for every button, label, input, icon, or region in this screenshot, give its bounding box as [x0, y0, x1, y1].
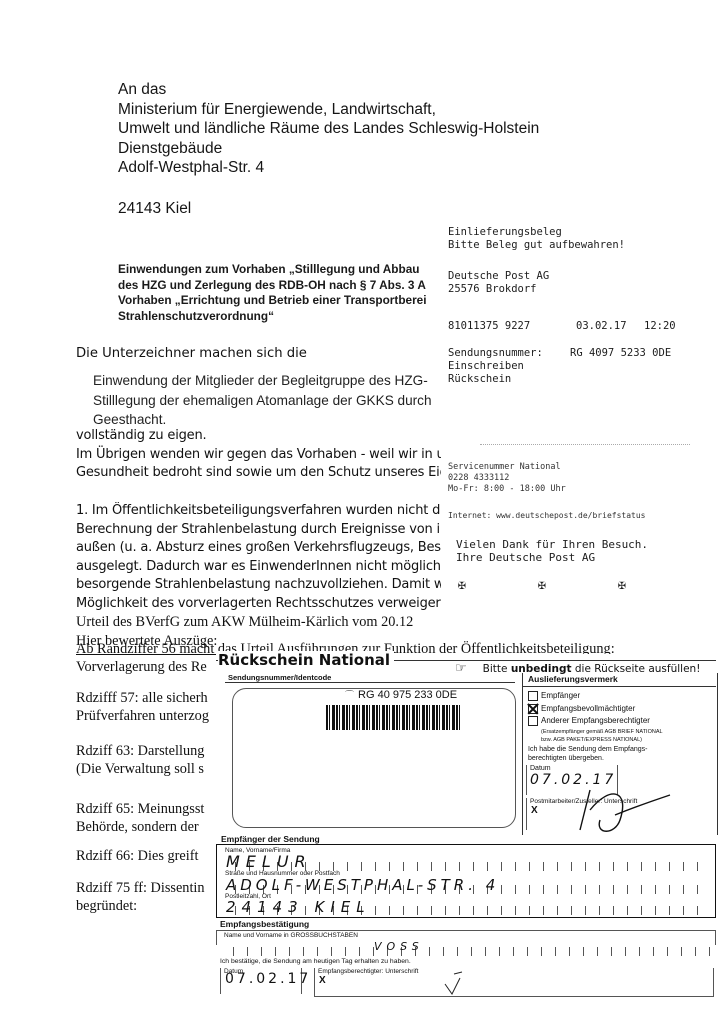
service-phone: 0228 4333112 [448, 473, 718, 484]
posthorn-icon: ✠ [618, 578, 626, 593]
pointing-hand-icon: ☞ [455, 661, 467, 676]
rdziff-line: Prüfverfahren unterzog [76, 708, 218, 726]
barcode [326, 705, 462, 730]
posthorn-row: ✠ ✠ ✠ [448, 578, 718, 594]
posthorn-icon: ✠ [538, 578, 546, 593]
receipt-service: Servicenummer National 0228 4333112 Mo-F… [448, 462, 718, 594]
signature-label: Empfangsberechtigter: Unterschrift [318, 968, 713, 975]
ident-underline [225, 682, 515, 683]
body-line: außen (u. a. Absturz eines großen Verkeh… [76, 539, 441, 558]
receipt-type: Rückschein [448, 373, 718, 386]
quote-line: Einwendung der Mitglieder der Begleitgru… [93, 371, 443, 391]
address-line: Adolf-Westphal-Str. 4 [118, 158, 539, 178]
body-line: vollständig zu eigen. [76, 427, 441, 446]
delivery-statement: berechtigten übergeben. [528, 755, 604, 762]
confirmation-name-field[interactable]: VOSS [374, 940, 424, 953]
receipt-branch: 25576 Brokdorf [448, 283, 718, 296]
rdziff-line: Rdziff 75 ff: Dissentin [76, 880, 218, 898]
receipt-subtitle: Bitte Beleg gut aufbewahren! [448, 239, 718, 252]
rdziff-line: Rdziff 66: Dies greift [76, 848, 218, 866]
service-label: Servicenummer National [448, 462, 718, 473]
letter-subject: Einwendungen zum Vorhaben „Stilllegung u… [118, 262, 440, 324]
rdziff-item: Rdziff 65: Meinungsst Behörde, sondern d… [76, 801, 218, 836]
receipt-time: 12:20 [644, 320, 676, 333]
rdziff-item: Rdziff 66: Dies greift [76, 848, 218, 866]
delivery-note: bzw. AGB PAKET/EXPRESS NATIONAL) [541, 737, 642, 743]
carrier-signature [560, 780, 680, 840]
recipient-title: Empfänger der Sendung [221, 834, 320, 844]
recipient-city-field[interactable]: 24143 KIEL [226, 898, 371, 916]
rdziff-line: (Die Verwaltung soll s [76, 761, 218, 779]
posthorn-icon: ⌒ [345, 690, 354, 700]
body-line: Urteil des BVerfG zum AKW Mülheim-Kärlic… [76, 613, 441, 632]
shipment-number: RG 4097 5233 0DE [570, 347, 671, 360]
rdziff-item: Rdziff 75 ff: Dissentin begründet: [76, 880, 218, 915]
receipt-signoff: Ihre Deutsche Post AG [448, 551, 718, 564]
body-line: 1. Im Öffentlichkeitsbeteiligungsverfahr… [76, 502, 441, 521]
post-receipt: Einlieferungsbeleg Bitte Beleg gut aufbe… [448, 226, 718, 386]
delivery-title: Auslieferungsvermerk [528, 674, 618, 684]
subject-line: Einwendungen zum Vorhaben „Stilllegung u… [118, 262, 440, 278]
signature-mark: X [319, 975, 713, 986]
quote-line: Stilllegung der ehemaligen Atomanlage de… [93, 391, 443, 411]
quoted-objection: Einwendung der Mitglieder der Begleitgru… [93, 371, 443, 430]
recipient-address: An das Ministerium für Energiewende, Lan… [118, 80, 539, 218]
receipt-type: Einschreiben [448, 360, 718, 373]
option-label: Empfangsbevollmächtigter [541, 704, 635, 713]
receipt-divider [480, 444, 690, 445]
body-line: Berechnung der Strahlenbelastung durch E… [76, 521, 441, 540]
hint-text: Bitte [483, 663, 511, 675]
barcode-number: RG 40 975 233 0DE [358, 689, 457, 701]
shipment-label: Sendungsnummer: [448, 347, 543, 359]
recipient-street-field[interactable]: ADOLF-WESTPHAL-STR. 4 [226, 876, 499, 894]
rdziff-item: Rdzifff 57: alle sicherh Prüfverfahren u… [76, 690, 218, 725]
recipient-signature [440, 970, 470, 1000]
checkbox[interactable] [528, 691, 538, 701]
rdziff-line: Rdziff 65: Meinungsst [76, 801, 218, 819]
paragraph-2: 1. Im Öffentlichkeitsbeteiligungsverfahr… [76, 502, 441, 650]
receipt-title: Einlieferungsbeleg [448, 226, 718, 239]
confirmation-date-box[interactable]: Datum 07.02.17 [220, 968, 302, 994]
delivery-statement: Ich habe die Sendung dem Empfangs- [528, 746, 647, 753]
receipt-thanks: Vielen Dank für Ihren Besuch. [448, 538, 718, 551]
receipt-company: Deutsche Post AG [448, 270, 718, 283]
service-hours: Mo-Fr: 8:00 - 18:00 Uhr [448, 484, 718, 495]
intro-text: Die Unterzeichner machen sich die [76, 346, 441, 361]
checkbox[interactable] [528, 716, 538, 726]
rdziff-line: begründet: [76, 898, 218, 916]
address-line: Umwelt und ländliche Räume des Landes Sc… [118, 119, 539, 139]
body-line: Im Übrigen wenden wir gegen das Vorhaben… [76, 446, 441, 465]
receipt-ref-number: 81011375 9227 [448, 320, 530, 332]
confirmation-title: Empfangsbestätigung [220, 919, 309, 929]
card-title: Rückschein National [218, 651, 394, 669]
rdziff-line: Rdziff 63: Darstellung [76, 743, 218, 761]
rdziff-line: Rdzifff 57: alle sicherh [76, 690, 218, 708]
rdziff-line: Behörde, sondern der [76, 819, 218, 837]
date-value: 07.02.17 [225, 971, 301, 987]
option-recipient[interactable]: Empfänger [528, 691, 580, 701]
paragraph-1: vollständig zu eigen. Im Übrigen wenden … [76, 427, 441, 483]
confirmation-name-label: Name und Vorname in GROSSBUCHSTABEN [224, 932, 358, 939]
body-line: Möglichkeit des vorverlagerten Rechtssch… [76, 595, 441, 614]
receipt-shipment-row: Sendungsnummer: RG 4097 5233 0DE [448, 347, 718, 360]
service-internet: Internet: www.deutschepost.de/briefstatu… [448, 511, 718, 520]
checkbox-checked[interactable] [528, 704, 538, 714]
option-label: Empfänger [541, 691, 580, 700]
rdziff-item: Rdziff 63: Darstellung (Die Verwaltung s… [76, 743, 218, 778]
delivery-title-border [522, 686, 716, 687]
subject-line: des HZG und Zerlegung des RDB-OH nach § … [118, 278, 440, 294]
address-city: 24143 Kiel [118, 199, 539, 219]
ident-label: Sendungsnummer/Identcode [228, 673, 331, 682]
receipt-ref-row: 81011375 9227 03.02.17 12:20 [448, 320, 718, 333]
body-line: besorgende Strahlenbelastung nachzuvollz… [76, 576, 441, 595]
barcode-text: ⌒RG 40 975 233 0DE [345, 688, 457, 701]
receipt-date: 03.02.17 [576, 320, 627, 333]
body-line: Vorverlagerung des Re [76, 659, 218, 676]
posthorn-icon: ✠ [458, 578, 466, 593]
body-line: Gesundheit bedroht sind sowie um den Sch… [76, 464, 441, 483]
subject-line: Strahlenschutzverordnung“ [118, 309, 440, 325]
option-label: Anderer Empfangsberechtigter [541, 716, 650, 725]
recipient-signature-box[interactable]: Empfangsberechtigter: Unterschrift X [314, 968, 714, 997]
address-line: An das [118, 80, 539, 100]
option-other-recipient[interactable]: Anderer Empfangsberechtigter [528, 716, 650, 726]
confirmation-name-ticks [220, 947, 710, 956]
confirmation-statement: Ich bestätige, die Sendung am heutigen T… [220, 958, 411, 965]
address-line: Dienstgebäude [118, 139, 539, 159]
date-label: Datum [530, 765, 617, 772]
delivery-note: (Ersatzempfänger gemäß AGB BRIEF NATIONA… [541, 729, 663, 735]
recipient-name-field[interactable]: MELUR [226, 852, 312, 871]
address-line: Ministerium für Energiewende, Landwirtsc… [118, 100, 539, 120]
option-authorized-agent[interactable]: Empfangsbevollmächtigter [528, 704, 635, 714]
subject-line: Vorhaben „Errichtung und Betrieb einer T… [118, 293, 440, 309]
body-line: ausgelegt. Dadurch war es EinwenderInnen… [76, 558, 441, 577]
